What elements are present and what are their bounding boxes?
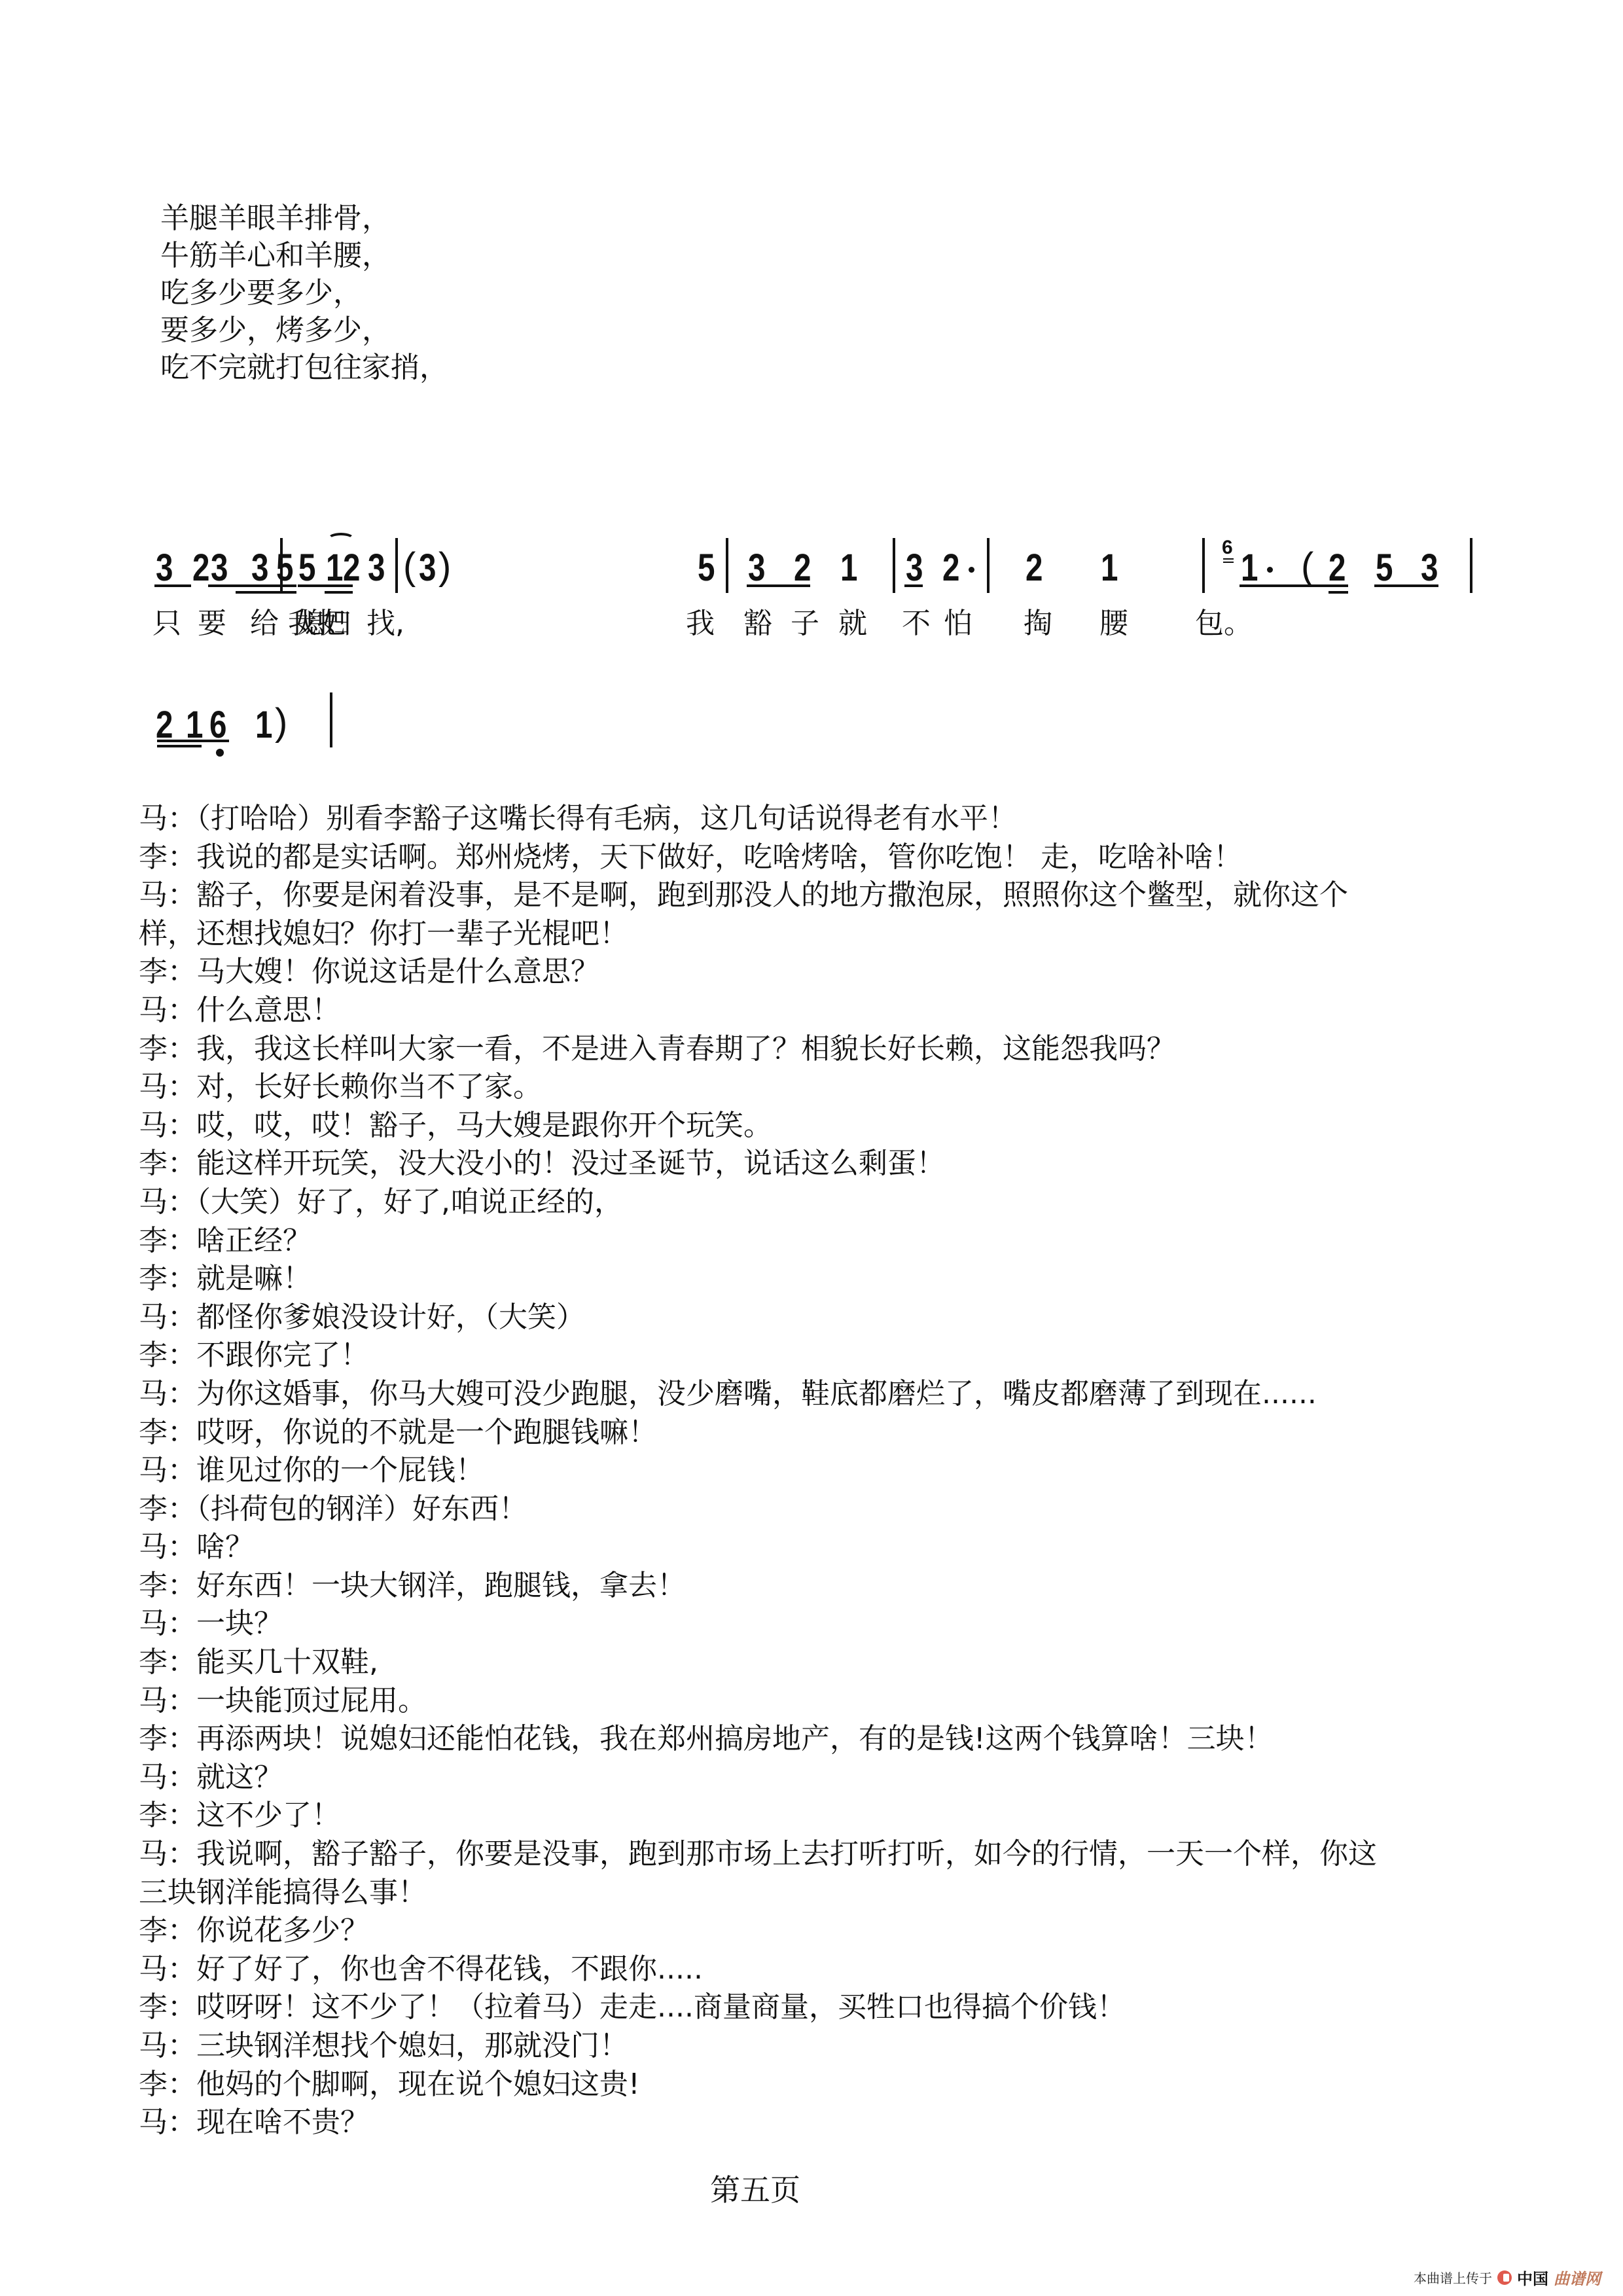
grace-underline <box>1223 558 1234 560</box>
note: 3 <box>211 548 228 588</box>
note: 5 <box>276 548 293 588</box>
underline <box>154 584 191 587</box>
lyric: 怕 <box>944 607 972 640</box>
paren-open: ( <box>403 547 416 586</box>
lyric: 掏 <box>1024 607 1052 640</box>
dialogue-line: 马：我说啊，豁子豁子，你要是没事，跑到那市场上去打听打听，如今的行情，一天一个样… <box>139 1835 1377 1874</box>
dialogue-line: 李：不跟你完了！ <box>139 1336 1377 1375</box>
barline <box>280 538 283 593</box>
site-logo-icon <box>1497 2270 1512 2285</box>
note: 2 <box>192 548 209 588</box>
dialogue-line: 李：哎呀，你说的不就是一个跑腿钱嘛！ <box>139 1414 1377 1452</box>
lyric: 妇 <box>322 607 351 640</box>
note: 1 <box>1101 548 1118 588</box>
barline <box>1202 538 1205 593</box>
note: 3 <box>156 548 173 588</box>
note: 3 <box>251 548 268 588</box>
dialogue-line: 李：好东西！一块大钢洋，跑腿钱，拿去！ <box>139 1567 1377 1605</box>
dialogue-line: 马：都怪你爹娘没设计好，（大笑） <box>139 1299 1377 1337</box>
page-number: 第五页 <box>710 2166 800 2210</box>
dialogue-line: 马：什么意思！ <box>139 992 1377 1030</box>
dialogue-line: 马：（打哈哈）别看李豁子这嘴长得有毛病，这几句话说得老有水平！ <box>139 800 1377 838</box>
paren-close: ) <box>275 703 287 742</box>
note: 1 <box>840 548 857 588</box>
dialogue-line: 马：哎，哎，哎！豁子，马大嫂是跟你开个玩笑。 <box>139 1107 1377 1145</box>
barline <box>1470 538 1472 593</box>
watermark: 本曲谱上传于 中国 曲谱网 <box>1414 2266 1601 2289</box>
dialogue-line: 马：啥？ <box>139 1528 1377 1567</box>
note: 5 <box>698 548 715 588</box>
note: 2 <box>794 548 811 588</box>
barline <box>395 538 398 593</box>
note: 5 <box>1376 548 1393 588</box>
dialogue-line: 李：啥正经？ <box>139 1222 1377 1261</box>
lyric: 我 <box>686 607 715 640</box>
note: 3 <box>906 548 923 588</box>
underline <box>157 745 202 747</box>
lyric: 要 <box>198 607 226 640</box>
dialogue-line: 马：豁子，你要是闲着没事，是不是啊，跑到那没人的地方撒泡尿，照照你这个鳖型，就你… <box>139 876 1377 915</box>
lyric: 媳 <box>296 607 325 640</box>
dialogue-line: 马：一块？ <box>139 1605 1377 1643</box>
underline <box>1374 584 1438 587</box>
verse-block: 羊腿羊眼羊排骨， 牛筋羊心和羊腰， 吃多少要多少， 要多少，烤多少， 吃不完就打… <box>160 200 448 386</box>
lyric: 不 <box>902 607 931 640</box>
watermark-brand: 中国 <box>1517 2266 1548 2289</box>
slur <box>327 533 355 546</box>
dialogue-line: 李：马大嫂！你说这话是什么意思？ <box>139 953 1377 992</box>
dialogue-line: 马：现在啥不贵？ <box>139 2104 1377 2142</box>
lyric: 只 <box>152 607 181 640</box>
lower-octave-dot <box>216 749 224 757</box>
lyric: 包。 <box>1195 607 1253 640</box>
dialogue-line: 李：就是嘛！ <box>139 1260 1377 1299</box>
lyric: 就 <box>838 607 867 640</box>
verse-line: 吃不完就打包往家捎， <box>160 349 448 386</box>
grace-underline <box>1223 562 1234 563</box>
dialogue-line: 马：三块钢洋想找个媳妇，那就没门！ <box>139 2027 1377 2066</box>
dialogue-line: 马：对，长好长赖你当不了家。 <box>139 1068 1377 1107</box>
underline <box>157 740 229 742</box>
barline <box>726 538 728 593</box>
note: 1 <box>326 548 343 588</box>
dialogue-line: 马：好了好了，你也舍不得花钱，不跟你..... <box>139 1950 1377 1989</box>
dialogue-line: 李：我，我这长样叫大家一看，不是进入青春期了？相貌长好长赖，这能怨我吗？ <box>139 1030 1377 1069</box>
dialogue-line: 样，还想找媳妇？你打一辈子光棍吧！ <box>139 915 1377 954</box>
dialogue-block: 马：（打哈哈）别看李豁子这嘴长得有毛病，这几句话说得老有水平！ 李：我说的都是实… <box>139 800 1377 2142</box>
dialogue-line: 马：谁见过你的一个屁钱！ <box>139 1452 1377 1490</box>
dialogue-line: 李：能买几十双鞋, <box>139 1643 1377 1682</box>
dialogue-line: 马：为你这婚事，你马大嫂可没少跑腿，没少磨嘴，鞋底都磨烂了，嘴皮都磨薄了到现在.… <box>139 1375 1377 1414</box>
watermark-prefix: 本曲谱上传于 <box>1414 2268 1492 2287</box>
dialogue-line: 李：哎呀呀！这不少了！（拉着马）走走....商量商量，买牲口也得搞个价钱！ <box>139 1988 1377 2027</box>
note: 3 <box>368 548 385 588</box>
note: 2 <box>1026 548 1043 588</box>
watermark-brand-accent: 曲谱网 <box>1554 2266 1601 2289</box>
verse-line: 牛筋羊心和羊腰， <box>160 237 448 274</box>
underline <box>1240 584 1348 587</box>
note: 6 <box>209 706 226 745</box>
underline <box>236 591 296 594</box>
lyric: 子 <box>791 607 819 640</box>
dialogue-line: 马：一块能顶过屁用。 <box>139 1682 1377 1721</box>
verse-line: 要多少，烤多少， <box>160 312 448 349</box>
dialogue-line: 李：他妈的个脚啊，现在说个媳妇这贵! <box>139 2066 1377 2104</box>
note: 1 <box>255 706 272 745</box>
lyric: 豁 <box>743 607 772 640</box>
dialogue-line: 李：我说的都是实话啊。郑州烧烤，天下做好，吃啥烤啥，管你吃饱！ 走，吃啥补啥！ <box>139 838 1377 877</box>
dialogue-line: 马：就这？ <box>139 1759 1377 1797</box>
note: 2 <box>942 548 959 588</box>
augmentation-dot <box>969 567 974 573</box>
lyric: 腰 <box>1099 607 1128 640</box>
barline <box>330 692 332 747</box>
note: 5 <box>298 548 315 588</box>
note: 3 <box>748 548 765 588</box>
lyric: 给 <box>250 607 279 640</box>
underline <box>208 584 296 587</box>
underline <box>904 584 923 587</box>
paren-close: ) <box>438 547 451 586</box>
dialogue-line: 李：能这样开玩笑，没大没小的！没过圣诞节，说话这么剩蛋！ <box>139 1145 1377 1183</box>
note: 3 <box>1421 548 1438 588</box>
underline <box>1329 591 1348 594</box>
lyric: 找, <box>366 607 404 640</box>
note: 3 <box>419 548 436 588</box>
dialogue-line: 李：你说花多少？ <box>139 1912 1377 1950</box>
grace-note: 6 <box>1222 538 1233 558</box>
note: 2 <box>343 548 360 588</box>
verse-line: 羊腿羊眼羊排骨， <box>160 200 448 237</box>
dialogue-line: 马：（大笑）好了，好了,咱说正经的， <box>139 1183 1377 1222</box>
dialogue-line: 三块钢洋能搞得么事！ <box>139 1874 1377 1912</box>
dialogue-line: 李：这不少了！ <box>139 1797 1377 1835</box>
underline <box>747 584 810 587</box>
barline <box>893 538 895 593</box>
augmentation-dot <box>1267 567 1273 573</box>
paren-open: ( <box>1301 547 1313 586</box>
note: 2 <box>156 706 173 745</box>
note: 1 <box>1241 548 1258 588</box>
dialogue-line: 李：再添两块！说媳妇还能怕花钱，我在郑州搞房地产，有的是钱!这两个钱算啥！三块！ <box>139 1720 1377 1759</box>
barline <box>987 538 990 593</box>
underline <box>298 584 353 587</box>
note: 2 <box>1329 548 1346 588</box>
note: 1 <box>186 706 203 745</box>
underline <box>325 591 353 594</box>
notation-row-2: 2 1 6 1 ) <box>0 0 1623 131</box>
verse-line: 吃多少要多少， <box>160 274 448 312</box>
dialogue-line: 李：（抖荷包的钢洋）好东西！ <box>139 1490 1377 1529</box>
